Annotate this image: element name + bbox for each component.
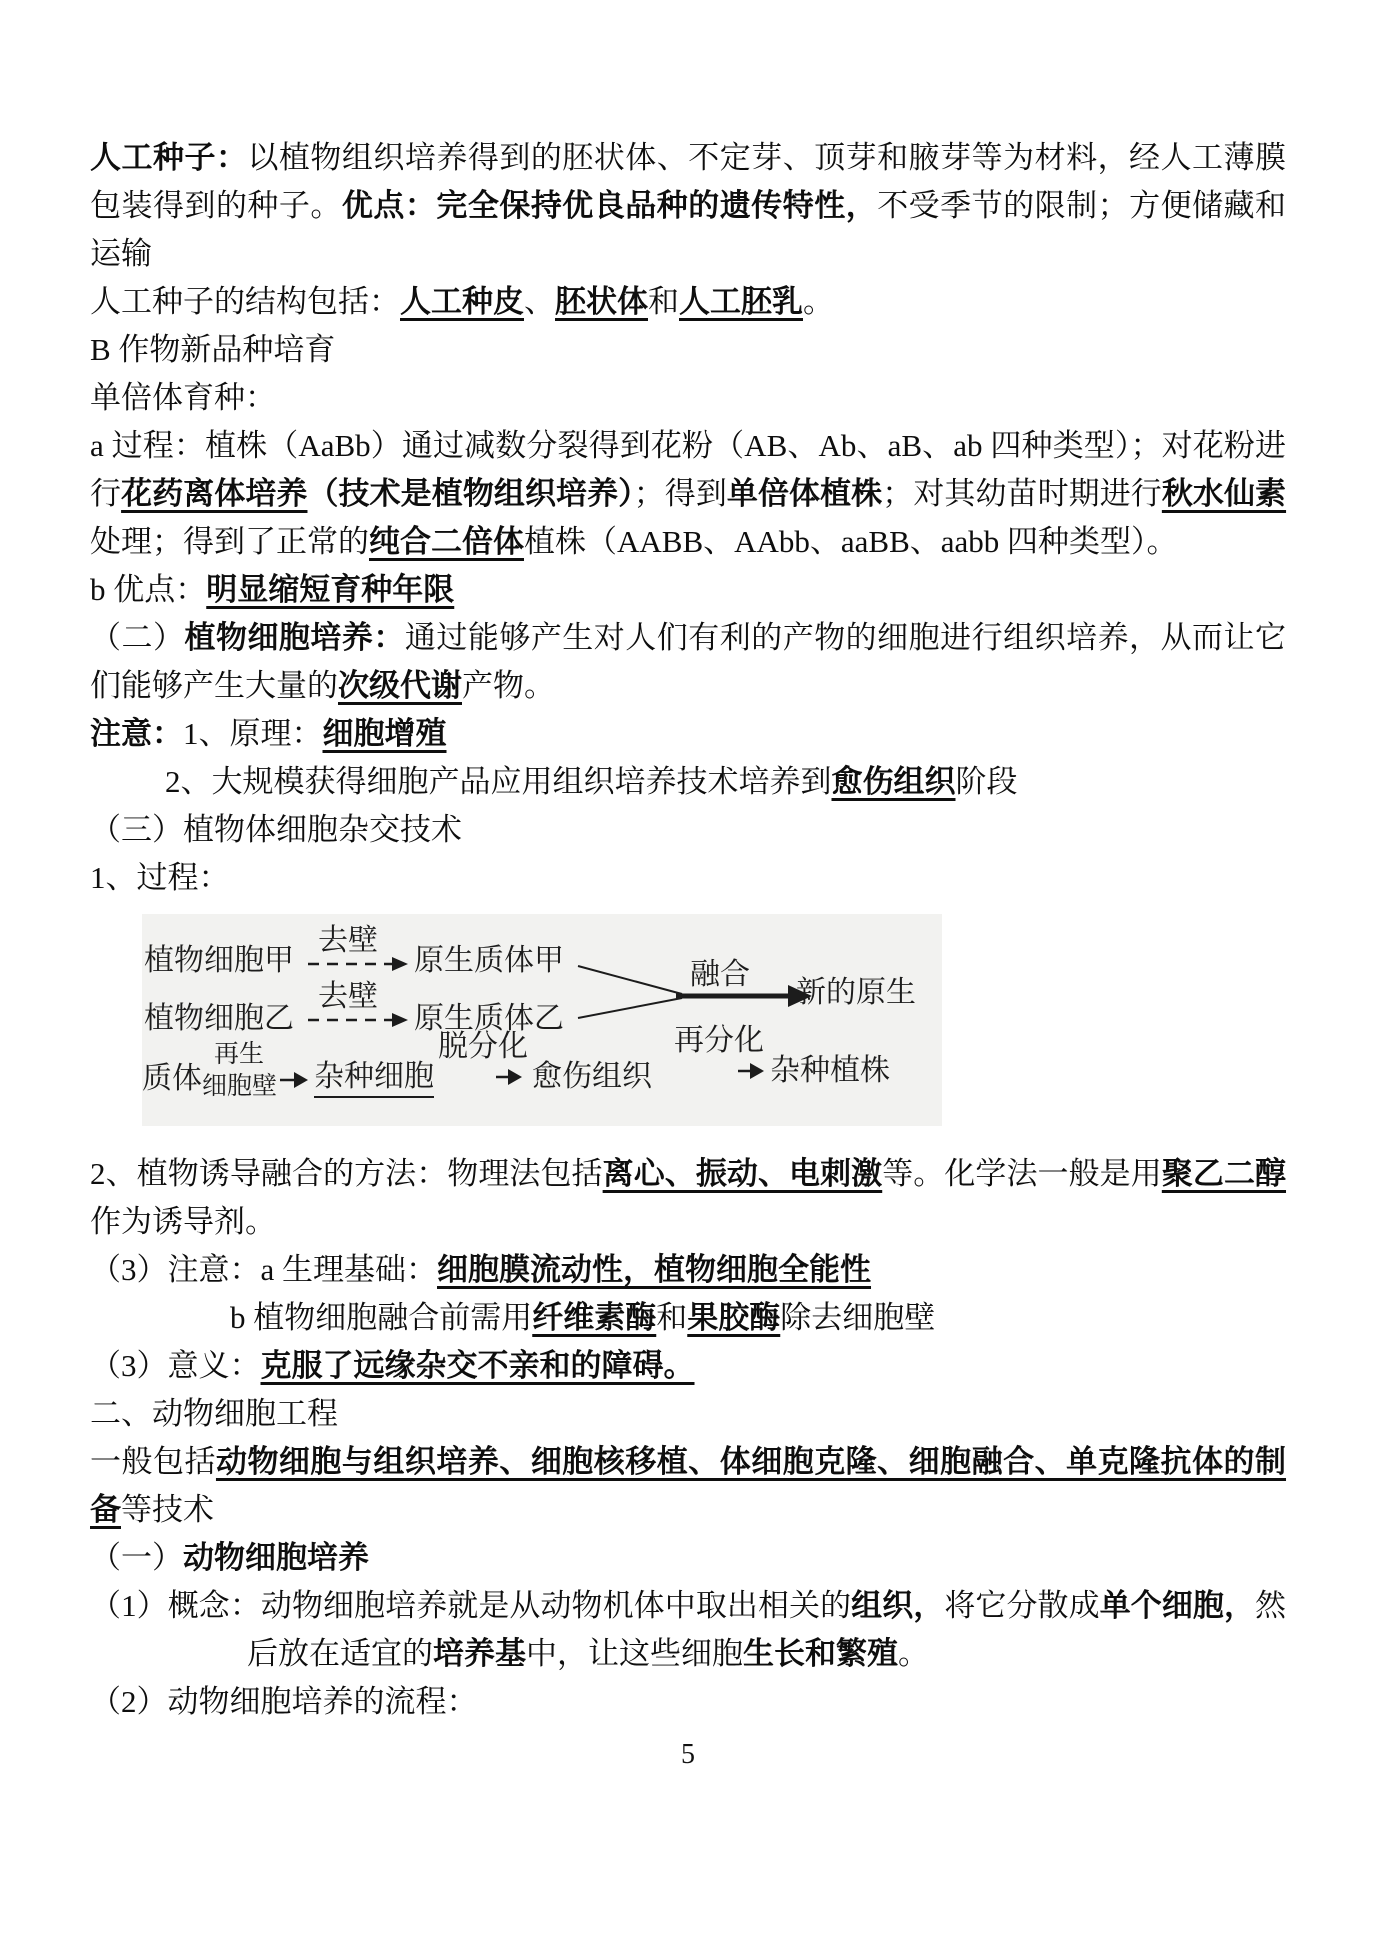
emphasis-run: 纯合二倍体 — [369, 524, 524, 559]
diagram-label-dedifferentiation: 脱分化 — [438, 1030, 528, 1064]
text-run: （一） — [90, 1540, 183, 1575]
text-run: b 植物细胞融合前需用 — [230, 1300, 532, 1335]
text-run: 1、原理： — [183, 716, 323, 751]
emphasis-run: 花药离体培养 — [121, 476, 307, 511]
text-run: （2）动物细胞培养的流程： — [90, 1684, 478, 1719]
text-section-bottom: 2、植物诱导融合的方法：物理法包括离心、振动、电刺激等。化学法一般是用聚乙二醇作… — [90, 1150, 1286, 1726]
diagram-label-dewall-a: 去壁 — [318, 924, 378, 958]
text-run: 一般包括 — [90, 1444, 216, 1479]
paragraph: 人工种子的结构包括：人工种皮、胚状体和人工胚乳。 — [90, 278, 1286, 326]
diagram-label-cell-wall: 细胞壁 — [202, 1072, 277, 1100]
diagram-label-redifferentiation: 再分化 — [674, 1024, 764, 1058]
diagram-label-fusion: 融合 — [690, 958, 750, 992]
diagram-label-plant-cell-b: 植物细胞乙 — [144, 1002, 294, 1036]
text-run: 阶段 — [956, 764, 1018, 799]
paragraph: 单倍体育种： — [90, 374, 1286, 422]
paragraph: （二）植物细胞培养：通过能够产生对人们有利的产物的细胞进行组织培养，从而让它们能… — [90, 614, 1286, 710]
paragraph: 人工种子：以植物组织培养得到的胚状体、不定芽、顶芽和腋芽等为材料，经人工薄膜包装… — [90, 134, 1286, 278]
text-run: 除去细胞壁 — [780, 1300, 935, 1335]
paragraph: 一般包括动物细胞与组织培养、细胞核移植、体细胞克隆、细胞融合、单克隆抗体的制备等… — [90, 1438, 1286, 1534]
diagram-label-hybrid-plant: 杂种植株 — [770, 1054, 890, 1088]
paragraph: b 优点：明显缩短育种年限 — [90, 566, 1286, 614]
emphasis-run: 注意： — [90, 716, 183, 751]
text-run: b 优点： — [90, 572, 206, 607]
emphasis-run: （技术是植物组织培养） — [307, 476, 633, 511]
emphasis-run: 人工胚乳 — [679, 284, 803, 319]
text-run: （二） — [90, 620, 184, 655]
document-page: 人工种子：以植物组织培养得到的胚状体、不定芽、顶芽和腋芽等为材料，经人工薄膜包装… — [90, 134, 1286, 1772]
paragraph: （1）概念：动物细胞培养就是从动物机体中取出相关的组织，将它分散成单个细胞，然后… — [90, 1582, 1286, 1678]
diagram-label-new-protoplast: 新的原生 — [796, 976, 916, 1010]
emphasis-run: 离心、振动、电刺激 — [603, 1156, 883, 1191]
paragraph: b 植物细胞融合前需用纤维素酶和果胶酶除去细胞壁 — [90, 1294, 1286, 1342]
paragraph: 注意：1、原理：细胞增殖 — [90, 710, 1286, 758]
emphasis-run: 明显缩短育种年限 — [206, 572, 454, 607]
text-run: 产物。 — [462, 668, 555, 703]
text-run: （三）植物体细胞杂交技术 — [90, 812, 462, 847]
diagram-label-plant-cell-a: 植物细胞甲 — [144, 944, 294, 978]
emphasis-run: 果胶酶 — [687, 1300, 780, 1335]
emphasis-run: 细胞膜流动性，植物细胞全能性 — [437, 1252, 871, 1287]
emphasis-run: 动物细胞与组织培养、细胞核移植、体细胞克隆、细胞融合、单克隆抗体的制备 — [90, 1444, 1286, 1527]
text-run: （1）概念：动物细胞培养就是从动物机体中取出相关的 — [90, 1588, 851, 1623]
text-run: （3）意义： — [90, 1348, 261, 1383]
text-run: 2、大规模获得细胞产品应用组织培养技术培养到 — [165, 764, 832, 799]
paragraph: （3）注意：a 生理基础：细胞膜流动性，植物细胞全能性 — [90, 1246, 1286, 1294]
text-run: 将它分散成 — [944, 1588, 1099, 1623]
paragraph: B 作物新品种培育 — [90, 326, 1286, 374]
paragraph: a 过程：植株（AaBb）通过减数分裂得到花粉（AB、Ab、aB、ab 四种类型… — [90, 422, 1286, 566]
paragraph: 2、大规模获得细胞产品应用组织培养技术培养到愈伤组织阶段 — [90, 758, 1286, 806]
emphasis-run: 人工种皮 — [400, 284, 524, 319]
emphasis-run: 人工种子： — [90, 140, 247, 175]
page-number: 5 — [90, 1738, 1286, 1772]
text-run: 植株（AABB、AAbb、aaBB、aabb 四种类型）。 — [524, 524, 1178, 559]
text-run: 作为诱导剂。 — [90, 1204, 276, 1239]
emphasis-run: 细胞增殖 — [323, 716, 447, 751]
emphasis-run: 愈伤组织 — [832, 764, 956, 799]
emphasis-run: 培养基 — [433, 1636, 526, 1671]
text-run: 2、植物诱导融合的方法：物理法包括 — [90, 1156, 603, 1191]
paragraph: 二、动物细胞工程 — [90, 1390, 1286, 1438]
plant-cell-fusion-diagram: 植物细胞甲 去壁 原生质体甲 植物细胞乙 去壁 原生质体乙 融合 新的原生 质体… — [142, 914, 942, 1126]
emphasis-run: 优点：完全保持优良品种的遗传特性， — [342, 188, 877, 223]
diagram-label-regenerate: 再生 — [214, 1040, 264, 1068]
emphasis-run: 胚状体 — [555, 284, 648, 319]
text-run: 和 — [656, 1300, 687, 1335]
text-run: （3）注意：a 生理基础： — [90, 1252, 437, 1287]
paragraph: 2、植物诱导融合的方法：物理法包括离心、振动、电刺激等。化学法一般是用聚乙二醇作… — [90, 1150, 1286, 1246]
text-run: B 作物新品种培育 — [90, 332, 335, 367]
text-run: 中，让这些细胞 — [526, 1636, 743, 1671]
paragraph: 1、过程： — [90, 854, 1286, 902]
text-run: ；对其幼苗时期进行 — [882, 476, 1162, 511]
paragraph: （3）意义：克服了远缘杂交不亲和的障碍。 — [90, 1342, 1286, 1390]
paragraph: （2）动物细胞培养的流程： — [90, 1678, 1286, 1726]
emphasis-run: 单个细胞， — [1100, 1588, 1255, 1623]
diagram-label-callus: 愈伤组织 — [532, 1060, 652, 1094]
diagram-label-hybrid-cell: 杂种细胞 — [314, 1060, 434, 1098]
emphasis-run: 组织， — [851, 1588, 944, 1623]
emphasis-run: 单倍体植株 — [727, 476, 882, 511]
text-run: 单倍体育种： — [90, 380, 276, 415]
text-run: 二、动物细胞工程 — [90, 1396, 338, 1431]
text-run: 等。化学法一般是用 — [882, 1156, 1162, 1191]
emphasis-run: 纤维素酶 — [532, 1300, 656, 1335]
text-section-top: 人工种子：以植物组织培养得到的胚状体、不定芽、顶芽和腋芽等为材料，经人工薄膜包装… — [90, 134, 1286, 902]
text-run: 人工种子的结构包括： — [90, 284, 400, 319]
emphasis-run: 秋水仙素 — [1162, 476, 1286, 511]
text-run: 等技术 — [121, 1492, 214, 1527]
text-run: 。 — [803, 284, 834, 319]
diagram-label-protoplast-a: 原生质体甲 — [414, 944, 564, 978]
diagram-label-protoplast-wrap: 质体 — [142, 1062, 202, 1096]
emphasis-run: 生长和繁殖 — [743, 1636, 898, 1671]
emphasis-run: 动物细胞培养 — [183, 1540, 369, 1575]
emphasis-run: 植物细胞培养： — [184, 620, 404, 655]
paragraph: （一）动物细胞培养 — [90, 1534, 1286, 1582]
text-run: 1、过程： — [90, 860, 230, 895]
emphasis-run: 聚乙二醇 — [1162, 1156, 1286, 1191]
text-run: 处理；得到了正常的 — [90, 524, 369, 559]
text-run: 、 — [524, 284, 555, 319]
diagram-label-dewall-b: 去壁 — [318, 980, 378, 1014]
emphasis-run: 克服了远缘杂交不亲和的障碍。 — [261, 1348, 695, 1383]
text-run: 和 — [648, 284, 679, 319]
text-run: 。 — [898, 1636, 929, 1671]
paragraph: （三）植物体细胞杂交技术 — [90, 806, 1286, 854]
emphasis-run: 次级代谢 — [338, 668, 462, 703]
text-run: ；得到 — [634, 476, 727, 511]
